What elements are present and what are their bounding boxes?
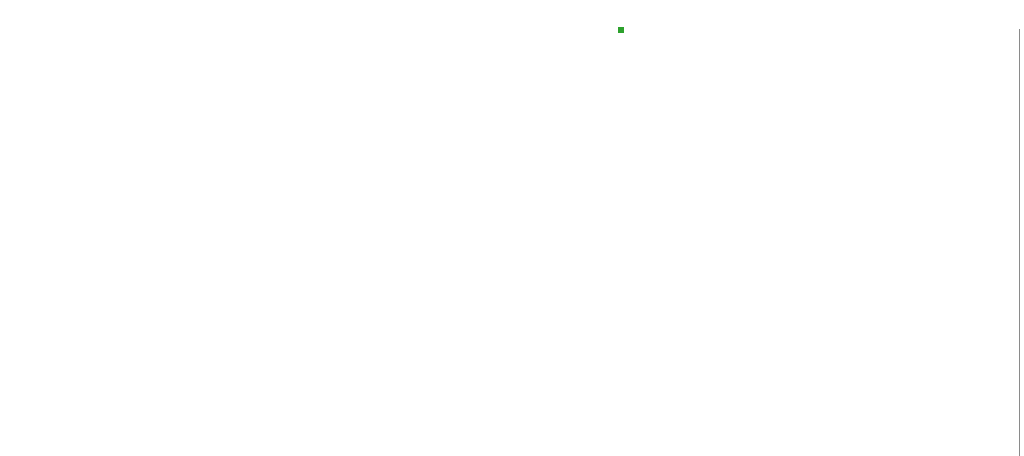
spreadsheet-view: [0, 0, 1024, 456]
notice-text: [627, 222, 1007, 456]
grid-right-border: [1019, 29, 1020, 456]
notice-line: [627, 399, 1007, 456]
notice-line: [627, 281, 1007, 340]
notice-line: [627, 340, 1007, 399]
notice-line: [627, 222, 1007, 281]
selection-marker: [618, 27, 624, 33]
